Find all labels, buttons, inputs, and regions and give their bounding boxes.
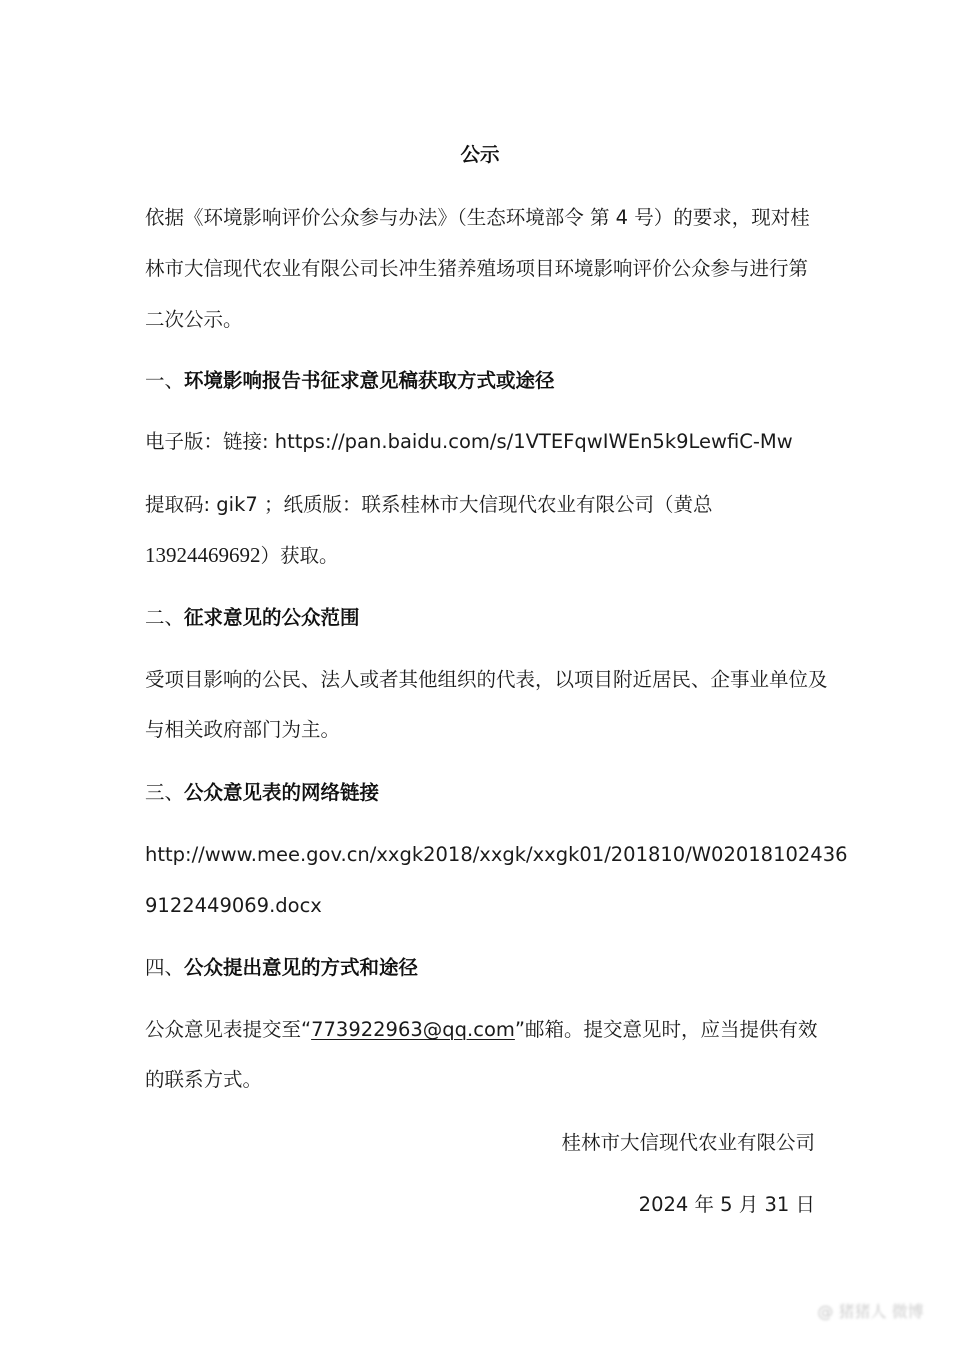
submission-line-2: 的联系方式。 xyxy=(145,1067,262,1093)
section-1-heading: 一、环境影响报告书征求意见稿获取方式或途径 xyxy=(145,368,555,394)
intro-line-3: 二次公示。 xyxy=(145,307,243,333)
page-title: 公示 xyxy=(0,142,960,168)
watermark: @ 猪猪人 微博 xyxy=(813,1304,928,1336)
electronic-version-label: 电子版：链接: xyxy=(145,430,275,453)
section-3-title: 公众意见表的网络链接 xyxy=(184,781,379,804)
section-4-heading: 四、公众提出意见的方式和途径 xyxy=(145,955,418,981)
signature-company: 桂林市大信现代农业有限公司 xyxy=(561,1130,815,1156)
intro-line-2: 林市大信现代农业有限公司长冲生猪养殖场项目环境影响评价公众参与进行第 xyxy=(145,256,808,282)
extraction-code-line: 提取码: gik7 ；纸质版：联系桂林市大信现代农业有限公司（黄总 xyxy=(145,492,712,518)
submission-suffix: ”邮箱。提交意见时，应当提供有效 xyxy=(515,1018,818,1041)
opinion-form-url-line-1[interactable]: http://www.mee.gov.cn/xxgk2018/xxgk/xxgk… xyxy=(145,842,848,868)
scope-line-2: 与相关政府部门为主。 xyxy=(145,717,340,743)
section-4-title: 公众提出意见的方式和途径 xyxy=(184,956,418,979)
submission-prefix: 公众意见表提交至“ xyxy=(145,1018,311,1041)
section-4-number: 四、 xyxy=(145,956,184,979)
section-2-heading: 二、征求意见的公众范围 xyxy=(145,605,360,631)
section-2-number: 二、 xyxy=(145,606,184,629)
section-3-heading: 三、公众意见表的网络链接 xyxy=(145,780,379,806)
phone-suffix: ）获取。 xyxy=(261,544,339,567)
electronic-version-line: 电子版：链接: https://pan.baidu.com/s/1VTEFqwI… xyxy=(145,429,793,455)
document-page: 公示 依据《环境影响评价公众参与办法》（生态环境部令 第 4 号）的要求，现对桂… xyxy=(0,0,960,1358)
signature-date: 2024 年 5 月 31 日 xyxy=(639,1192,815,1218)
scope-line-1: 受项目影响的公民、法人或者其他组织的代表，以项目附近居民、企事业单位及 xyxy=(145,667,828,693)
opinion-form-url-line-2[interactable]: 9122449069.docx xyxy=(145,893,322,919)
baidu-pan-link[interactable]: https://pan.baidu.com/s/1VTEFqwIWEn5k9Le… xyxy=(275,430,793,453)
section-1-number: 一、 xyxy=(145,369,184,392)
section-1-title: 环境影响报告书征求意见稿获取方式或途径 xyxy=(184,369,555,392)
section-3-number: 三、 xyxy=(145,781,184,804)
contact-phone: 13924469692 xyxy=(145,543,261,567)
intro-line-1: 依据《环境影响评价公众参与办法》（生态环境部令 第 4 号）的要求，现对桂 xyxy=(145,205,810,231)
email-link[interactable]: 773922963@qq.com xyxy=(311,1018,515,1041)
submission-line-1: 公众意见表提交至“773922963@qq.com”邮箱。提交意见时，应当提供有… xyxy=(145,1017,817,1043)
section-2-title: 征求意见的公众范围 xyxy=(184,606,360,629)
phone-line: 13924469692）获取。 xyxy=(145,542,339,569)
